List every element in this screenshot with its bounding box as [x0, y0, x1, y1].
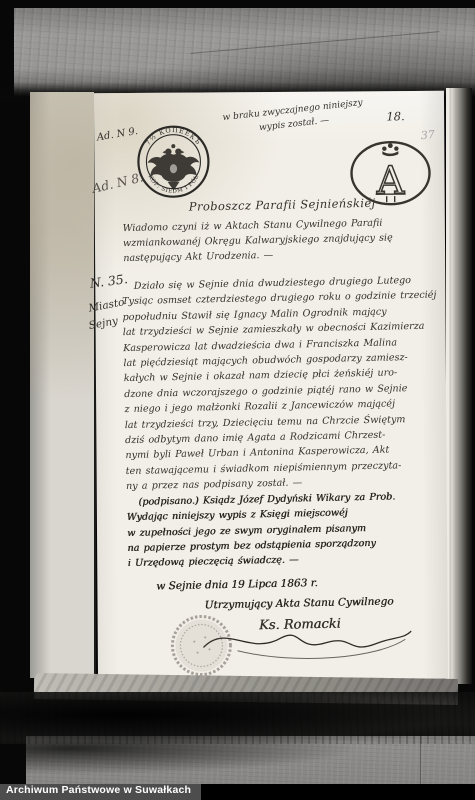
act-place-margin-line1: Miasto — [88, 296, 126, 314]
archival-scan-viewport: Ad. N 9. Ad. N 8. w braku zwyczajnego ni… — [0, 0, 475, 800]
underlying-page-edge — [30, 92, 96, 678]
page-number-ink: 18. — [386, 109, 405, 123]
monogram-stamp-icon: A — [346, 137, 434, 208]
registrar-title-line: Utrzymujący Akta Stanu Cywilnego — [204, 595, 393, 611]
crown-icon — [382, 143, 398, 156]
registrar-signature: Ks. Romacki — [259, 617, 341, 634]
document-page: Ad. N 9. Ad. N 8. w braku zwyczajnego ni… — [94, 91, 448, 681]
archive-name-label: Archiwum Państwowe w Suwałkach — [0, 784, 201, 800]
intro-paragraph: Wiadomo czyni iż w Aktach Stanu Cywilneg… — [123, 214, 438, 266]
act-body-text: Działo się w Sejnie dnia dwudziestego dr… — [122, 272, 448, 571]
shadow-band — [0, 692, 475, 744]
issue-date-line: w Sejnie dnia 19 Lipca 1863 r. — [156, 577, 318, 592]
top-annotation: w braku zwyczajnego niniejszy wypis zost… — [185, 92, 401, 143]
revenue-stamp-icon: 7½ КОПЕЕКЪ KOP: SIEDM I PÓŁ — [136, 124, 211, 199]
parish-seal-icon — [169, 613, 234, 678]
margin-note-ad9: Ad. N 9. — [96, 126, 139, 143]
monogram-letter: A — [376, 158, 405, 202]
watermark-bar: Archiwum Państwowe w Suwałkach — [0, 784, 475, 800]
